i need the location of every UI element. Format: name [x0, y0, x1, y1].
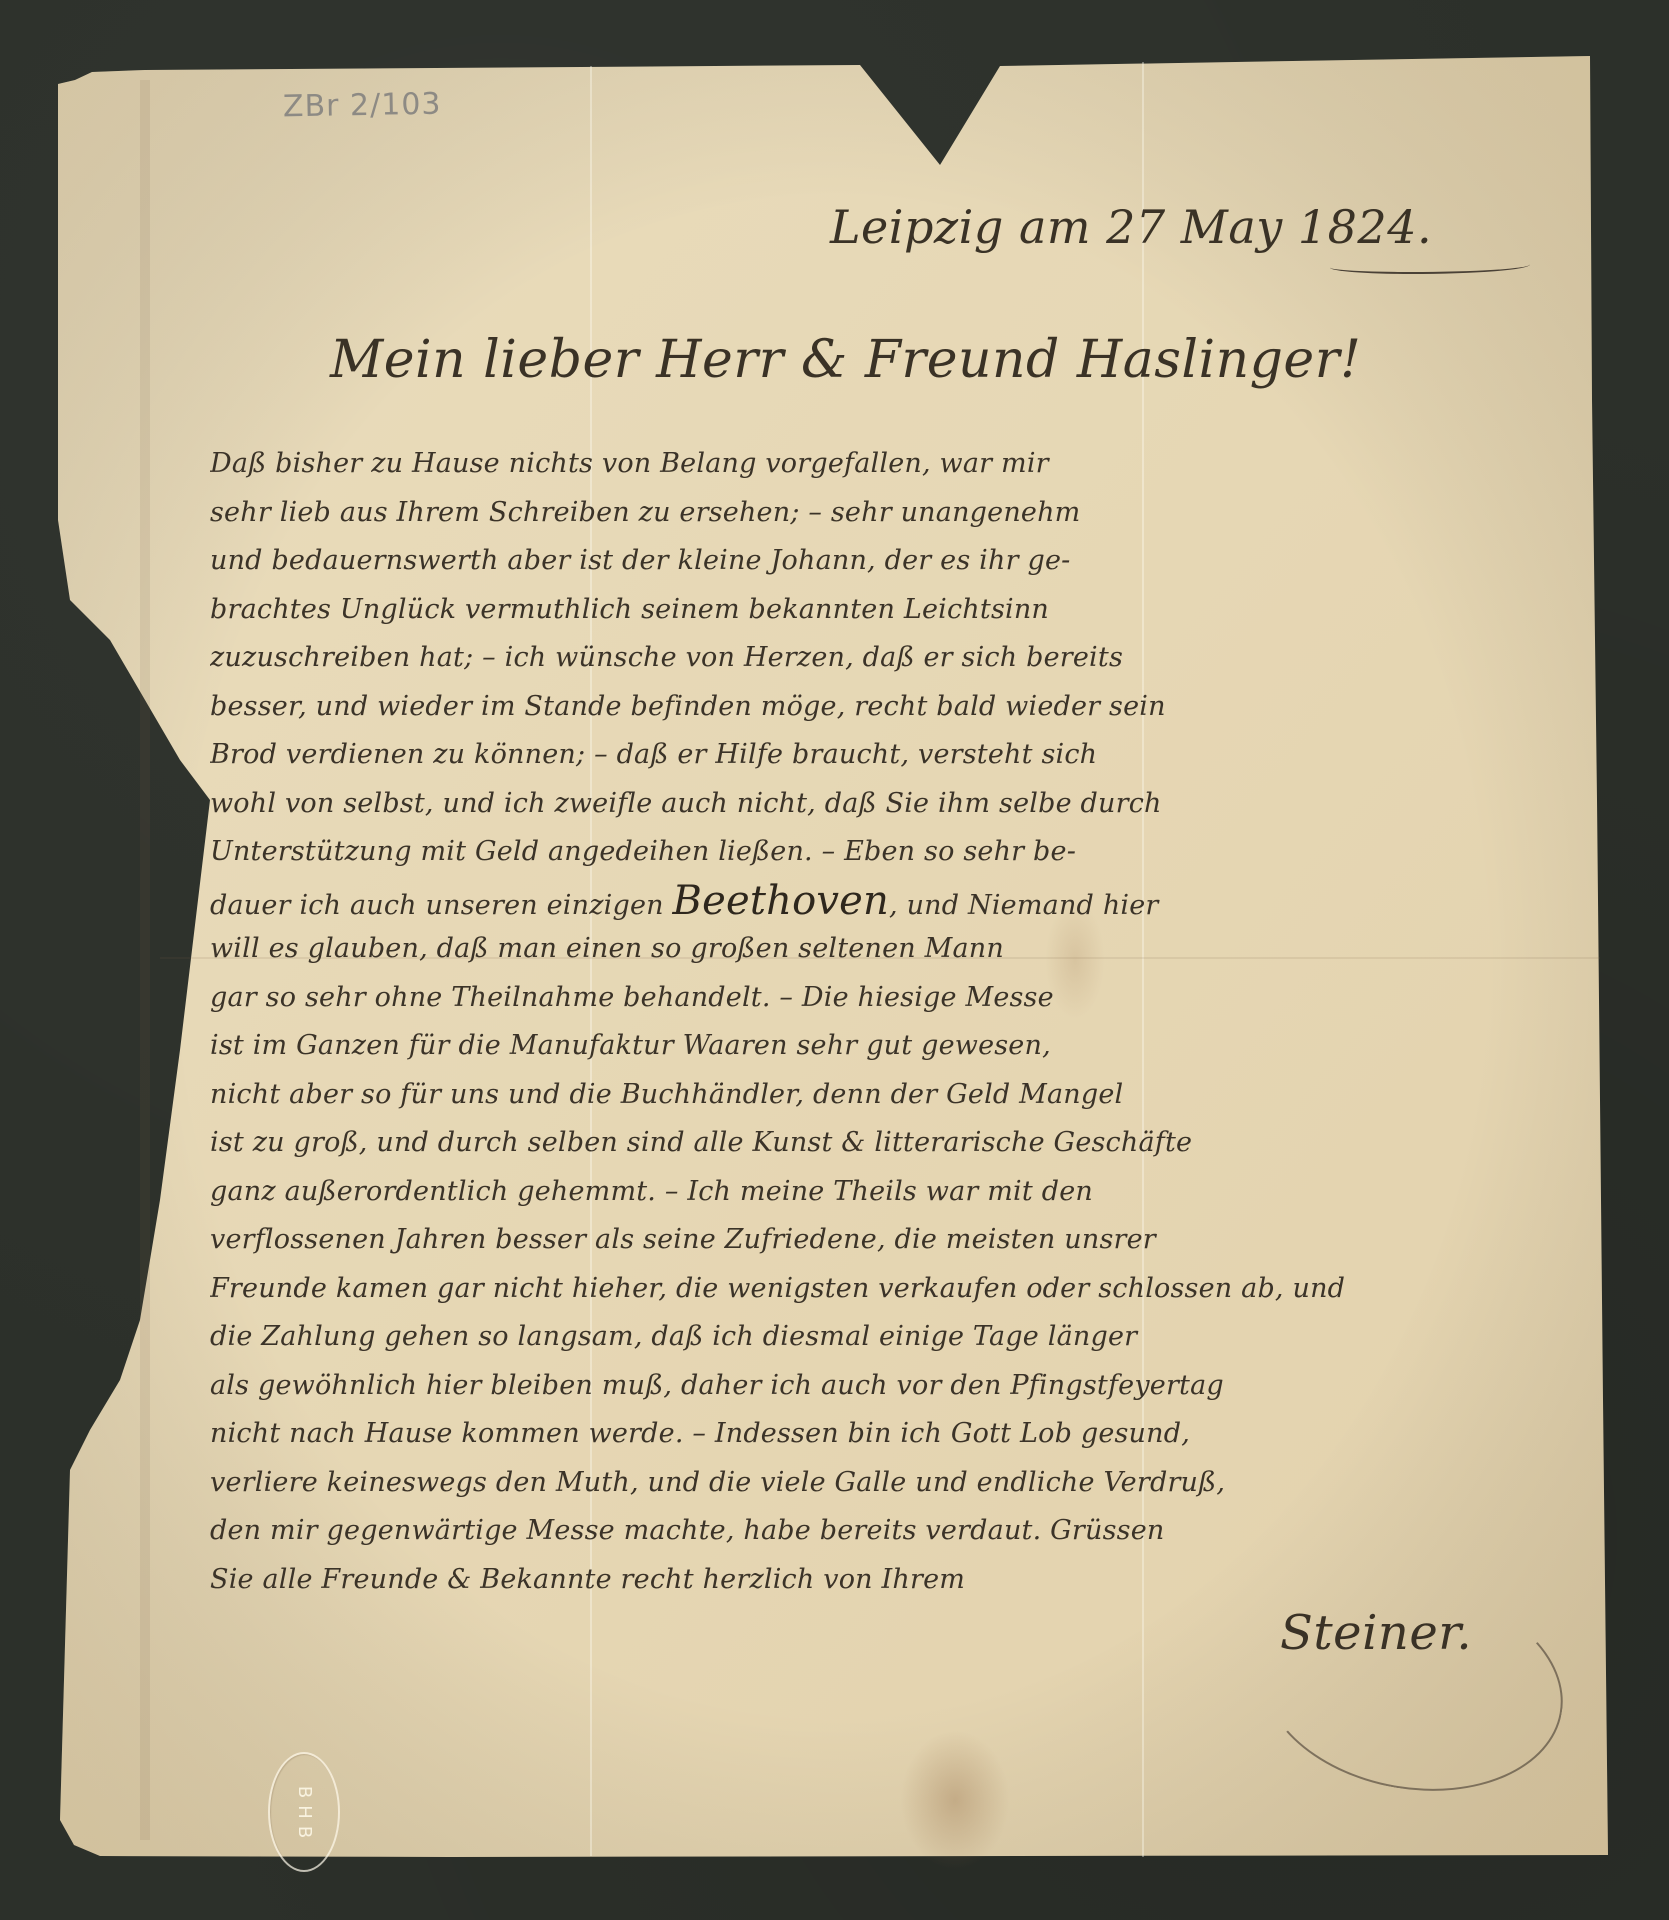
water-stain — [900, 1730, 1010, 1870]
body-line: nicht aber so für uns und die Buchhändle… — [210, 1071, 1540, 1120]
body-line-beethoven: dauer ich auch unseren einzigen Beethove… — [210, 877, 1540, 926]
body-line: wohl von selbst, und ich zweifle auch ni… — [210, 780, 1540, 829]
stamp-letter: B — [294, 1826, 314, 1838]
body-line: will es glauben, daß man einen so großen… — [210, 925, 1540, 974]
letter-body: Daß bisher zu Hause nichts von Belang vo… — [210, 440, 1540, 1604]
embossed-library-stamp: B H B — [268, 1752, 340, 1872]
body-line: Unterstützung mit Geld angedeihen ließen… — [210, 828, 1540, 877]
fold-line-left-margin — [140, 80, 150, 1840]
body-line: Daß bisher zu Hause nichts von Belang vo… — [210, 440, 1540, 489]
body-line: den mir gegenwärtige Messe machte, habe … — [210, 1507, 1540, 1556]
body-line: brachtes Unglück vermuthlich seinem beka… — [210, 586, 1540, 635]
stamp-letter: B — [294, 1786, 314, 1798]
body-line: nicht nach Hause kommen werde. – Indesse… — [210, 1410, 1540, 1459]
body-line: Freunde kamen gar nicht hieher, die weni… — [210, 1265, 1540, 1314]
body-line: ist zu groß, und durch selben sind alle … — [210, 1119, 1540, 1168]
body-line: die Zahlung gehen so langsam, daß ich di… — [210, 1313, 1540, 1362]
signature: Steiner. — [1280, 1605, 1472, 1661]
stamp-letter: H — [294, 1805, 314, 1819]
salutation: Mein lieber Herr & Freund Haslinger! — [330, 330, 1361, 390]
body-line: als gewöhnlich hier bleiben muß, daher i… — [210, 1362, 1540, 1411]
place-date-line: Leipzig am 27 May 1824. — [830, 200, 1432, 254]
body-line: besser, und wieder im Stande befinden mö… — [210, 683, 1540, 732]
body-line: ganz außerordentlich gehemmt. – Ich mein… — [210, 1168, 1540, 1217]
body-line: Brod verdienen zu können; – daß er Hilfe… — [210, 731, 1540, 780]
body-line: und bedauernswerth aber ist der kleine J… — [210, 537, 1540, 586]
emphasized-name-beethoven: Beethoven — [673, 878, 890, 924]
archive-shelfmark: ZBr 2/103 — [283, 87, 442, 125]
letter-sheet: ZBr 2/103 Leipzig am 27 May 1824. Mein l… — [0, 0, 1669, 1920]
body-line: gar so sehr ohne Theilnahme behandelt. –… — [210, 974, 1540, 1023]
body-line: verflossenen Jahren besser als seine Zuf… — [210, 1216, 1540, 1265]
body-line: ist im Ganzen für die Manufaktur Waaren … — [210, 1022, 1540, 1071]
body-line: verliere keineswegs den Muth, und die vi… — [210, 1459, 1540, 1508]
body-line: zuzuschreiben hat; – ich wünsche von Her… — [210, 634, 1540, 683]
body-line: sehr lieb aus Ihrem Schreiben zu ersehen… — [210, 489, 1540, 538]
